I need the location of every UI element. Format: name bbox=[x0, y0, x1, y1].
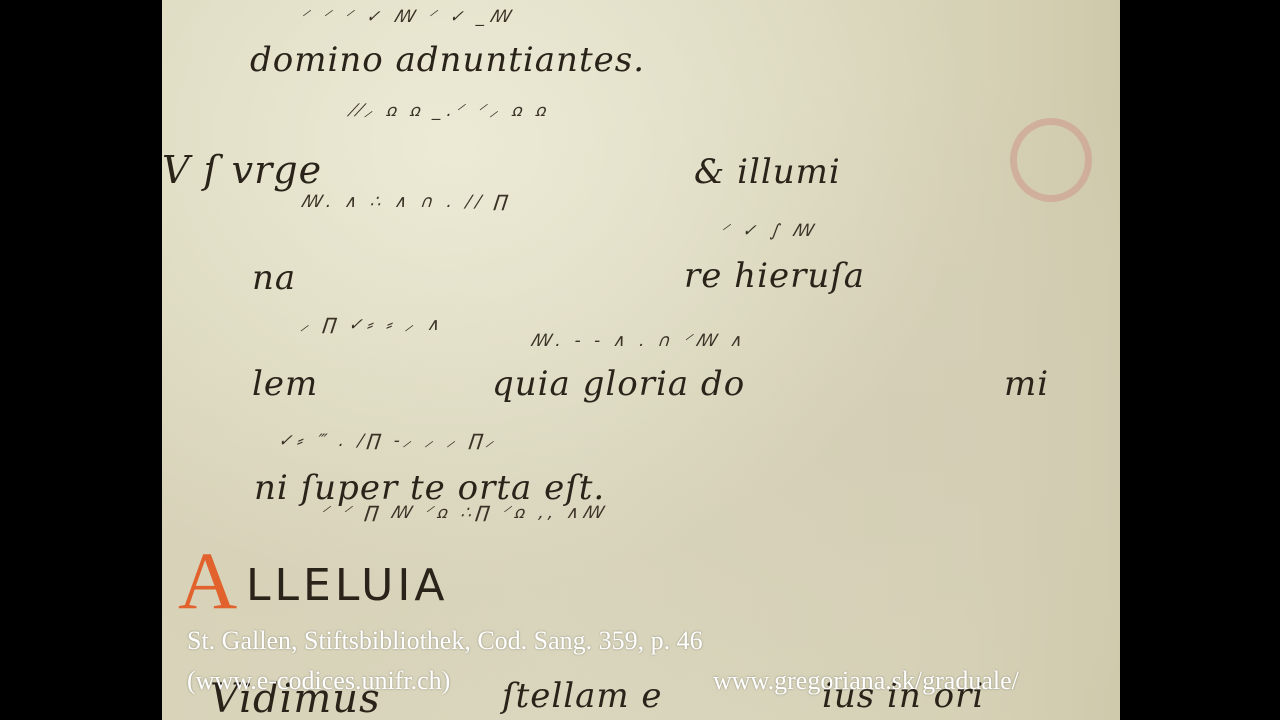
manuscript-text-line: & illumi bbox=[694, 152, 841, 192]
manuscript-text-line: ſtellam e bbox=[502, 676, 663, 716]
red-initial-a: A bbox=[178, 540, 237, 622]
manuscript-text-line: domino adnuntiantes. bbox=[250, 40, 645, 80]
manuscript-text-line: quia gloria do bbox=[492, 364, 745, 404]
source-caption: St. Gallen, Stiftsbibliothek, Cod. Sang.… bbox=[187, 626, 703, 656]
neume-row: ꟿ. ∧ ∴ ∧ ∩ . ∕∕ ∏ bbox=[299, 192, 515, 212]
letterbox-right bbox=[1120, 0, 1280, 720]
neume-row: ⸝ ∏ ✓⸗ ⸗ ⸝ ∧ bbox=[298, 312, 448, 335]
site-url-caption: www.gregoriana.sk/graduale/ bbox=[713, 666, 1019, 696]
manuscript-page: ⸍ ⸍ ⸍ ✓ ꟿ ⸍ ✓ _ꟿ domino adnuntiantes. ⁄⁄… bbox=[162, 0, 1120, 720]
source-url-caption: (www.e-codices.unifr.ch) bbox=[187, 666, 450, 696]
neume-row: ⁄⁄⸝ ꭥ ꭥ _.⸍ ⸍⸝ ꭥ ꭥ bbox=[348, 98, 555, 121]
alleluia-heading: LLELUIA bbox=[246, 560, 448, 611]
neume-row: ✓⸗ ‴ . ∕∏ -⸝ ⸝ ⸝ ∏⸝ bbox=[276, 428, 503, 451]
manuscript-text-line: lem bbox=[252, 364, 318, 404]
manuscript-text-line: re hieruſa bbox=[684, 256, 865, 296]
neume-row: ꟿ. - - ∧ . ∩ ⸍ꟿ ∧ bbox=[528, 328, 751, 351]
neume-row: ⸍ ✓ ∫ ꟿ bbox=[718, 218, 822, 241]
neume-row: ⸍ ⸍ ∏ ꟿ ⸍ꭥ ∴∏ ⸍ꭥ ,, ∧ꟿ bbox=[318, 500, 612, 523]
manuscript-text-line: V ſ vrge bbox=[162, 148, 322, 192]
letterbox-left bbox=[0, 0, 162, 720]
manuscript-text-line: na bbox=[252, 258, 296, 298]
faded-initial-o bbox=[1010, 118, 1092, 202]
neume-row: ⸍ ⸍ ⸍ ✓ ꟿ ⸍ ✓ _ꟿ bbox=[298, 4, 519, 27]
manuscript-text-line: mi bbox=[1004, 364, 1049, 404]
